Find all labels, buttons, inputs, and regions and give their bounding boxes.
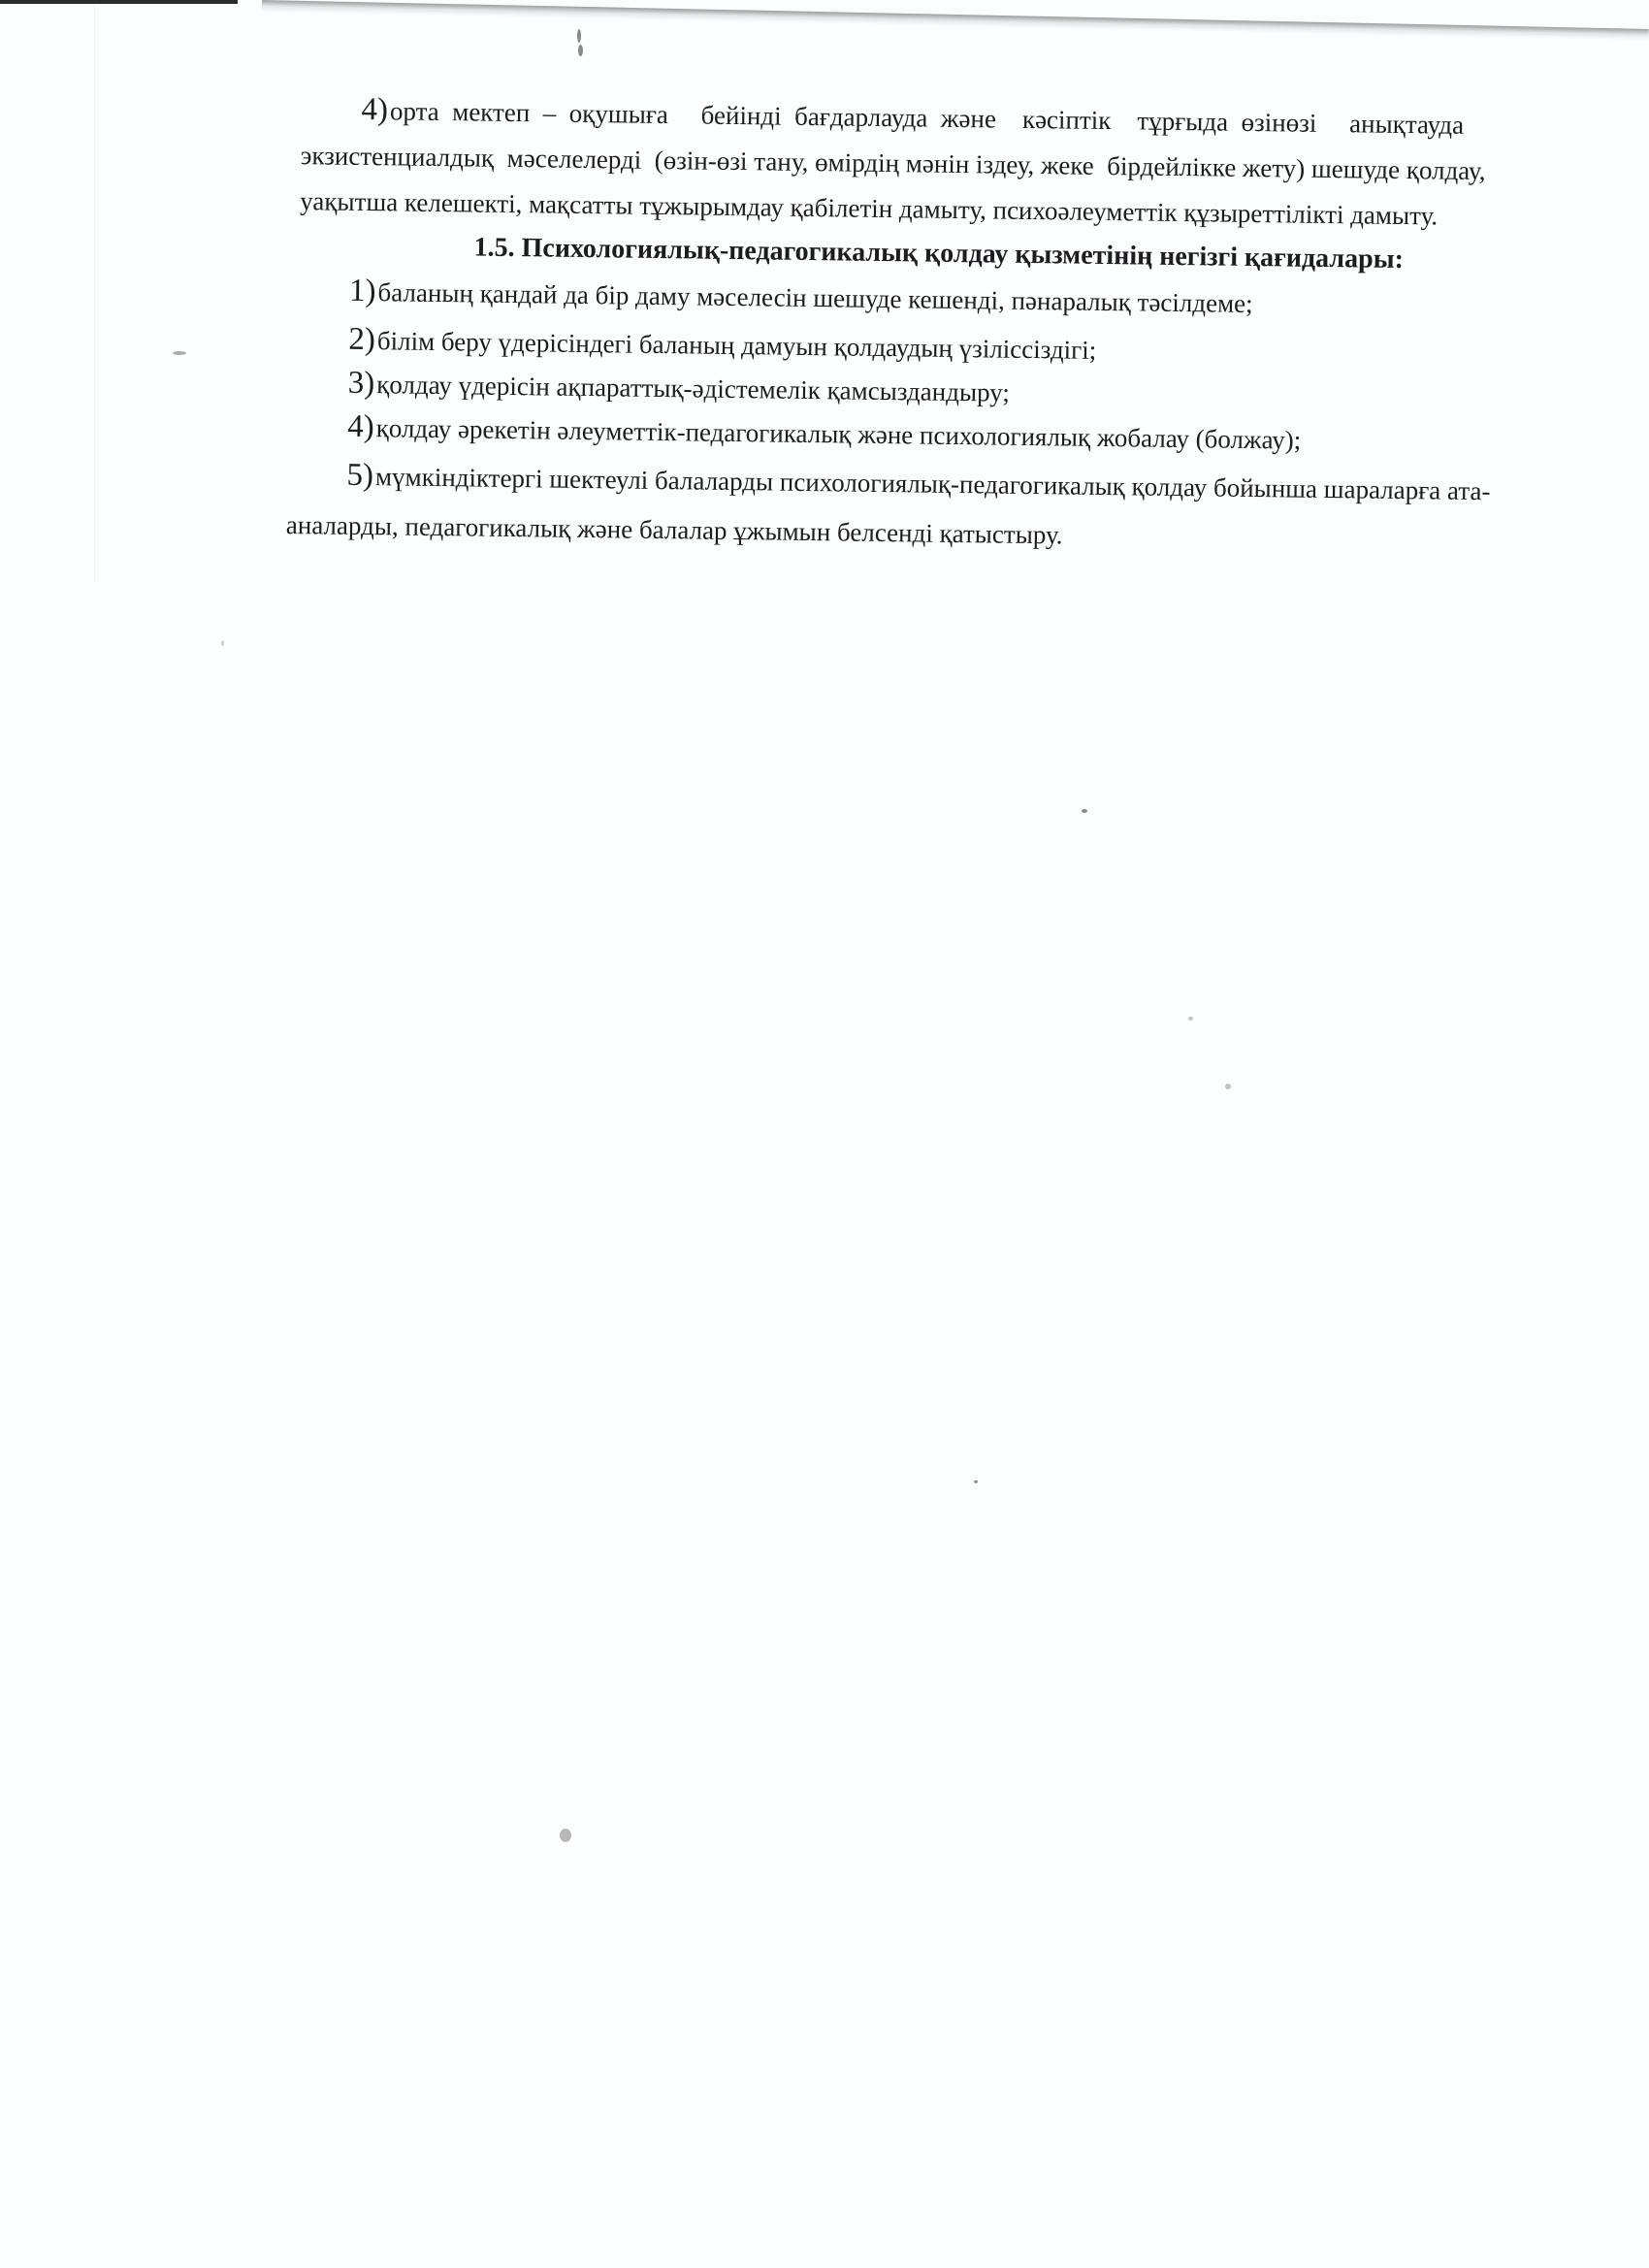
principle-item-2: 2)білім беру үдерісіндегі баланың дамуын… <box>348 323 1096 367</box>
scan-speck <box>173 351 186 355</box>
principle-item-3: 3)қолдау үдерісін ақпараттық-әдістемелік… <box>348 367 1011 409</box>
scan-page-edge <box>261 0 1649 68</box>
item-number: 1) <box>349 274 376 308</box>
scan-fold-line <box>94 0 95 582</box>
scan-speck <box>974 1480 978 1483</box>
item-text: аналарды, педагогикалық және балалар ұжы… <box>286 510 1063 549</box>
paragraph-text: уақытша келешекті, мақсатты тұжырымдау қ… <box>300 186 1438 230</box>
item-number: 4) <box>347 409 374 444</box>
item-number: 2) <box>348 322 375 357</box>
scan-speck <box>1225 1084 1231 1089</box>
scan-speck <box>1082 809 1087 813</box>
item-text: қолдау үдерісін ақпараттық-әдістемелік қ… <box>376 370 1010 407</box>
item-number: 5) <box>346 458 373 493</box>
item-text: баланың қандай да бір даму мәселесін шеш… <box>377 277 1253 318</box>
scan-speck <box>221 640 224 646</box>
principle-item-5-continuation: аналарды, педагогикалық және балалар ұжы… <box>286 508 1063 551</box>
principle-item-4: 4)қолдау әрекетін әлеуметтік-педагогикал… <box>347 410 1302 457</box>
paragraph-4-line-2: экзистенциалдық мәселелерді (өзін-өзі та… <box>301 139 1486 187</box>
scan-speck <box>578 45 583 56</box>
principle-item-1: 1)баланың қандай да бір даму мәселесін ш… <box>349 275 1253 320</box>
item-text: мүмкіндіктергі шектеулі балаларды психол… <box>375 462 1491 505</box>
scan-speck <box>1188 1017 1193 1021</box>
paragraph-number: 4) <box>361 92 388 127</box>
paragraph-4-line-3: уақытша келешекті, мақсатты тұжырымдау қ… <box>300 184 1438 232</box>
paragraph-text: экзистенциалдық мәселелерді (өзін-өзі та… <box>301 141 1486 185</box>
scan-speck <box>560 1829 571 1842</box>
paragraph-text: орта мектеп – оқушыға бейінді бағдарлауд… <box>390 96 1465 139</box>
scan-speck <box>577 29 581 43</box>
principle-item-5: 5)мүмкіндіктергі шектеулі балаларды псих… <box>346 459 1490 507</box>
item-number: 3) <box>348 366 375 401</box>
scan-border-dark <box>0 0 238 4</box>
paragraph-4-line-1: 4)орта мектеп – оқушыға бейінді бағдарла… <box>361 93 1464 142</box>
item-text: білім беру үдерісіндегі баланың дамуын қ… <box>377 326 1097 365</box>
section-heading: 1.5. Психологиялық-педагогикалық қолдау … <box>473 231 1404 276</box>
item-text: қолдау әрекетін әлеуметтік-педагогикалық… <box>375 413 1301 454</box>
